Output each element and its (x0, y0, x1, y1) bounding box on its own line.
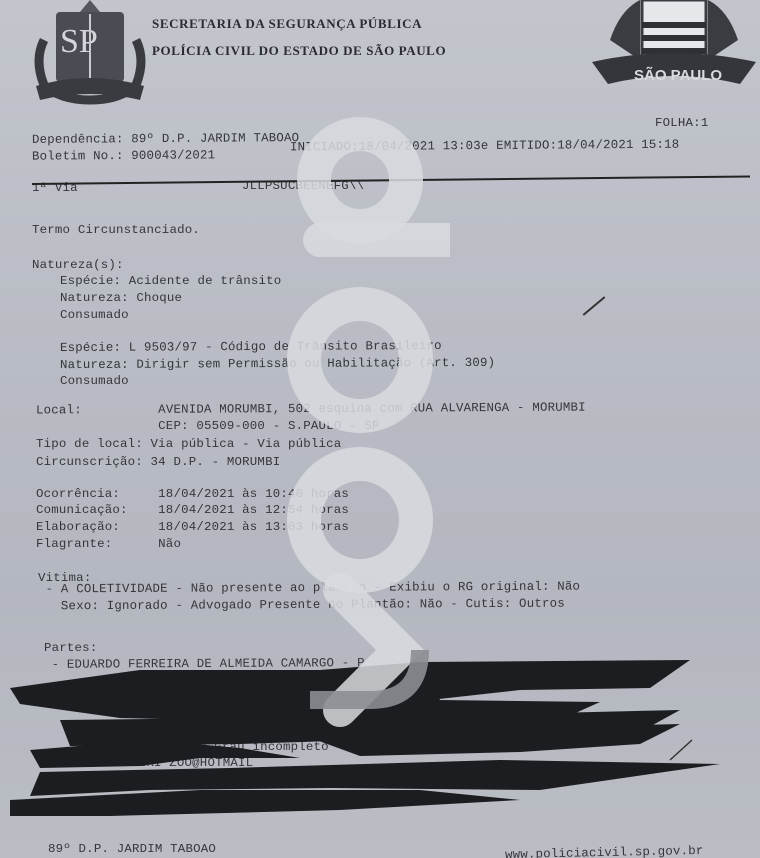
sao-paulo-crest-icon: SÃO PAULO (590, 0, 758, 90)
footer-delegacia: 89º D.P. JARDIM TABOAO (48, 842, 216, 856)
familiar-partial: (Familiar) (50, 802, 126, 816)
parte-1: - EDUARDO FERREIRA DE ALMEIDA CAMARGO - … (44, 656, 365, 672)
boletim-number: Boletim No.: 900043/2021 (32, 148, 215, 163)
header-policia-civil: POLÍCIA CIVIL DO ESTADO DE SÃO PAULO (152, 43, 446, 59)
folha-number: FOLHA:1 (655, 116, 708, 130)
local-address: Local: AVENIDA MORUMBI, 502 esquina com … (36, 401, 586, 418)
natureza1-natureza: Natureza: Choque (60, 291, 182, 305)
naturezas-label: Natureza(s): (32, 258, 124, 272)
partes-label: Partes: (44, 641, 97, 655)
circunscricao: Circunscrição: 34 D.P. - MORUMBI (36, 455, 280, 469)
natureza1-especie: Espécie: Acidente de trânsito (60, 274, 281, 288)
instrucao-partial: Instrução: 2 Grau incompleto - (115, 740, 344, 754)
natureza2-especie: Espécie: L 9503/97 - Código de Trânsito … (60, 339, 442, 355)
svg-text:SP: SP (60, 23, 98, 60)
email-partial: E-mail: KIKI ZOO@HOTMAIL (70, 756, 253, 770)
natureza2-status: Consumado (60, 374, 129, 388)
iniciado-emitido: INICIADO:18/04/2021 13:03e EMITIDO:18/04… (290, 138, 680, 155)
header-divider (32, 175, 750, 185)
data-elaboracao: Elaboração: 18/04/2021 às 13:03 horas (36, 520, 349, 534)
header-secretaria: SECRETARIA DA SEGURANÇA PÚBLICA (152, 16, 422, 32)
data-comunicacao: Comunicação: 18/04/2021 às 12:54 horas (36, 503, 349, 517)
vitima-line2: Sexo: Ignorado - Advogado Presente no Pl… (38, 597, 565, 614)
police-report-document: SP SECRETARIA DA SEGURANÇA PÚBLICA POLÍC… (0, 0, 760, 858)
natureza2-natureza: Natureza: Dirigir sem Permissão ou Habil… (60, 356, 495, 372)
footer-website[interactable]: www.policiacivil.sp.gov.br (505, 844, 704, 858)
data-ocorrencia: Ocorrência: 18/04/2021 às 10:40 horas (36, 487, 349, 501)
local-cep: CEP: 05509-000 - S.PAULO - SP (36, 419, 380, 433)
svg-text:SÃO PAULO: SÃO PAULO (634, 66, 722, 84)
pen-mark (583, 296, 606, 316)
flagrante: Flagrante: Não (36, 537, 181, 551)
document-type: Termo Circunstanciado. (32, 223, 200, 237)
svg-text:@vgdod: @vgdod (250, 110, 308, 115)
natureza1-status: Consumado (60, 308, 129, 322)
dependencia: Dependência: 89º D.P. JARDIM TABOAO (32, 131, 299, 147)
sp-coat-of-arms-icon: SP (30, 0, 150, 110)
estado-civil-partial: Civil: solteiro (240, 724, 355, 738)
tipo-local: Tipo de local: Via pública - Via pública (36, 437, 341, 451)
vitima-line1: - A COLETIVIDADE - Não presente ao plant… (38, 580, 580, 597)
